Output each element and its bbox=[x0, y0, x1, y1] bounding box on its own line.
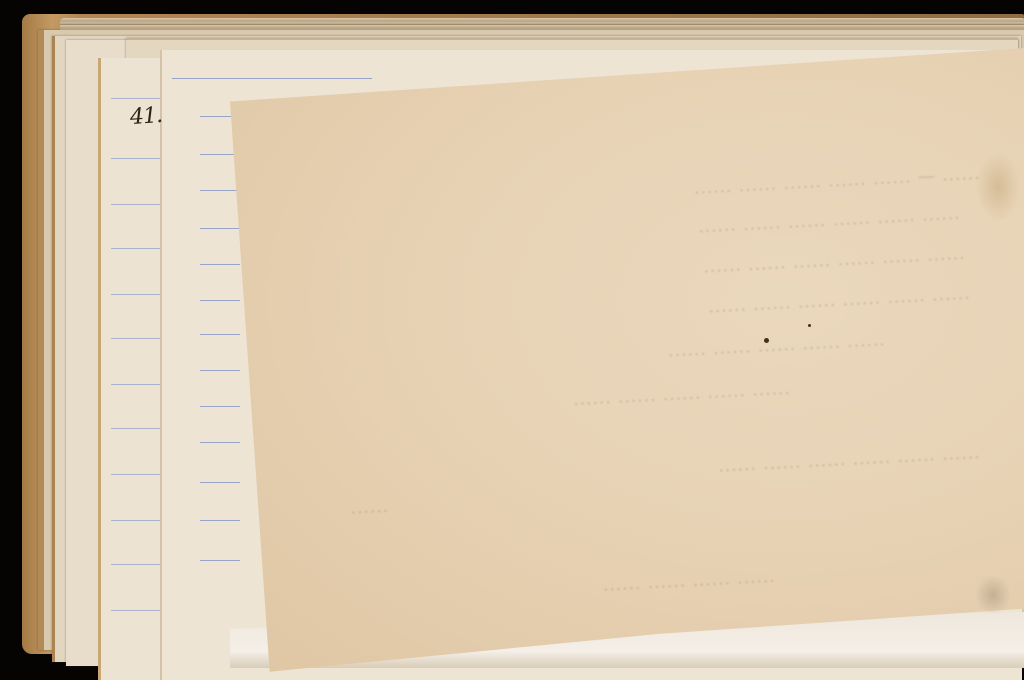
paper-stain bbox=[976, 152, 1020, 222]
ruled-line bbox=[200, 228, 240, 229]
ruled-line bbox=[200, 520, 240, 521]
document-photo: 41. ...... — ...... ...... ...... ......… bbox=[0, 0, 1024, 680]
ruled-line bbox=[200, 406, 240, 407]
ink-speck bbox=[808, 324, 811, 327]
ruled-line bbox=[200, 334, 240, 335]
paper-stain bbox=[975, 575, 1011, 615]
ruled-line bbox=[200, 190, 240, 191]
ruled-line bbox=[200, 560, 240, 561]
ruled-line bbox=[200, 370, 240, 371]
page-number: 41. bbox=[129, 103, 163, 130]
ruled-line bbox=[200, 300, 240, 301]
ruled-line bbox=[200, 264, 240, 265]
ruled-line bbox=[172, 78, 372, 79]
ruled-line bbox=[200, 442, 240, 443]
ruled-line bbox=[200, 482, 240, 483]
